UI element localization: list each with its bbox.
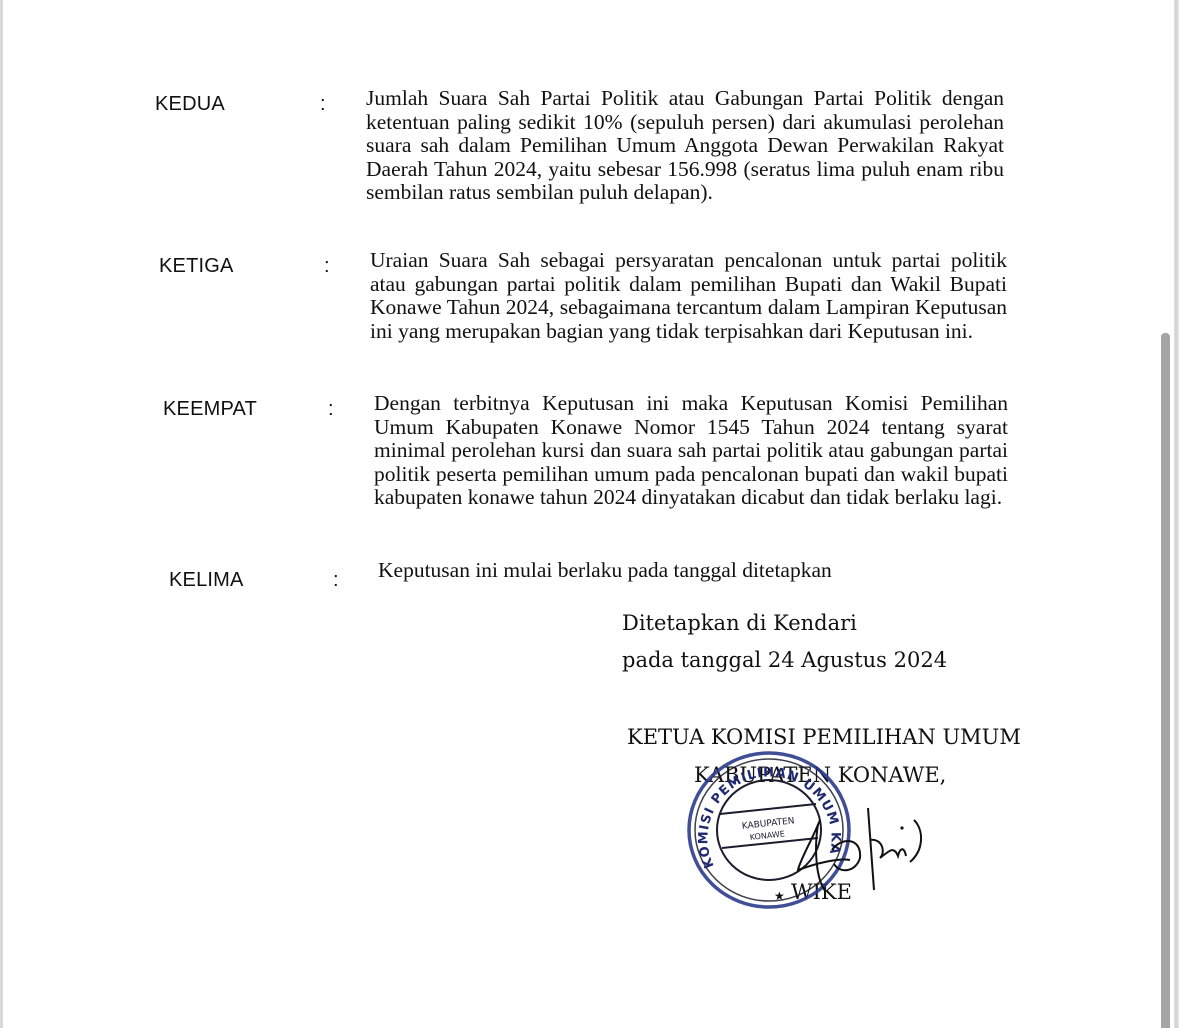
section-body-keempat: Dengan terbitnya Keputusan ini maka Kepu…	[374, 392, 1008, 510]
section-label-ketiga: KETIGA	[159, 255, 234, 278]
handwritten-signature-icon	[790, 800, 930, 900]
document-viewer: KEDUA : Jumlah Suara Sah Partai Politik …	[0, 0, 1179, 1028]
stamp-inner-line1: KABUPATEN	[741, 816, 795, 831]
section-body-ketiga: Uraian Suara Sah sebagai persyaratan pen…	[370, 249, 1007, 343]
closing-date: pada tanggal 24 Agustus 2024	[622, 648, 947, 672]
section-label-kelima: KELIMA	[169, 569, 244, 592]
stamp-inner-line2: KONAWE	[749, 829, 785, 842]
svg-text:★: ★	[774, 889, 785, 903]
section-body-kedua: Jumlah Suara Sah Partai Politik atau Gab…	[366, 87, 1004, 205]
viewer-right-border	[1174, 0, 1179, 1028]
section-label-keempat: KEEMPAT	[163, 398, 257, 421]
section-separator: :	[333, 569, 339, 592]
vertical-scrollbar-thumb[interactable]	[1161, 333, 1170, 1028]
section-separator: :	[328, 398, 334, 421]
section-label-kedua: KEDUA	[155, 93, 225, 116]
closing-place: Ditetapkan di Kendari	[622, 611, 857, 635]
document-page: KEDUA : Jumlah Suara Sah Partai Politik …	[0, 0, 1160, 1028]
signer-title-line1: KETUA KOMISI PEMILIHAN UMUM	[627, 725, 1021, 749]
section-separator: :	[324, 255, 330, 278]
section-separator: :	[320, 93, 326, 116]
section-body-kelima: Keputusan ini mulai berlaku pada tanggal…	[378, 559, 1018, 583]
